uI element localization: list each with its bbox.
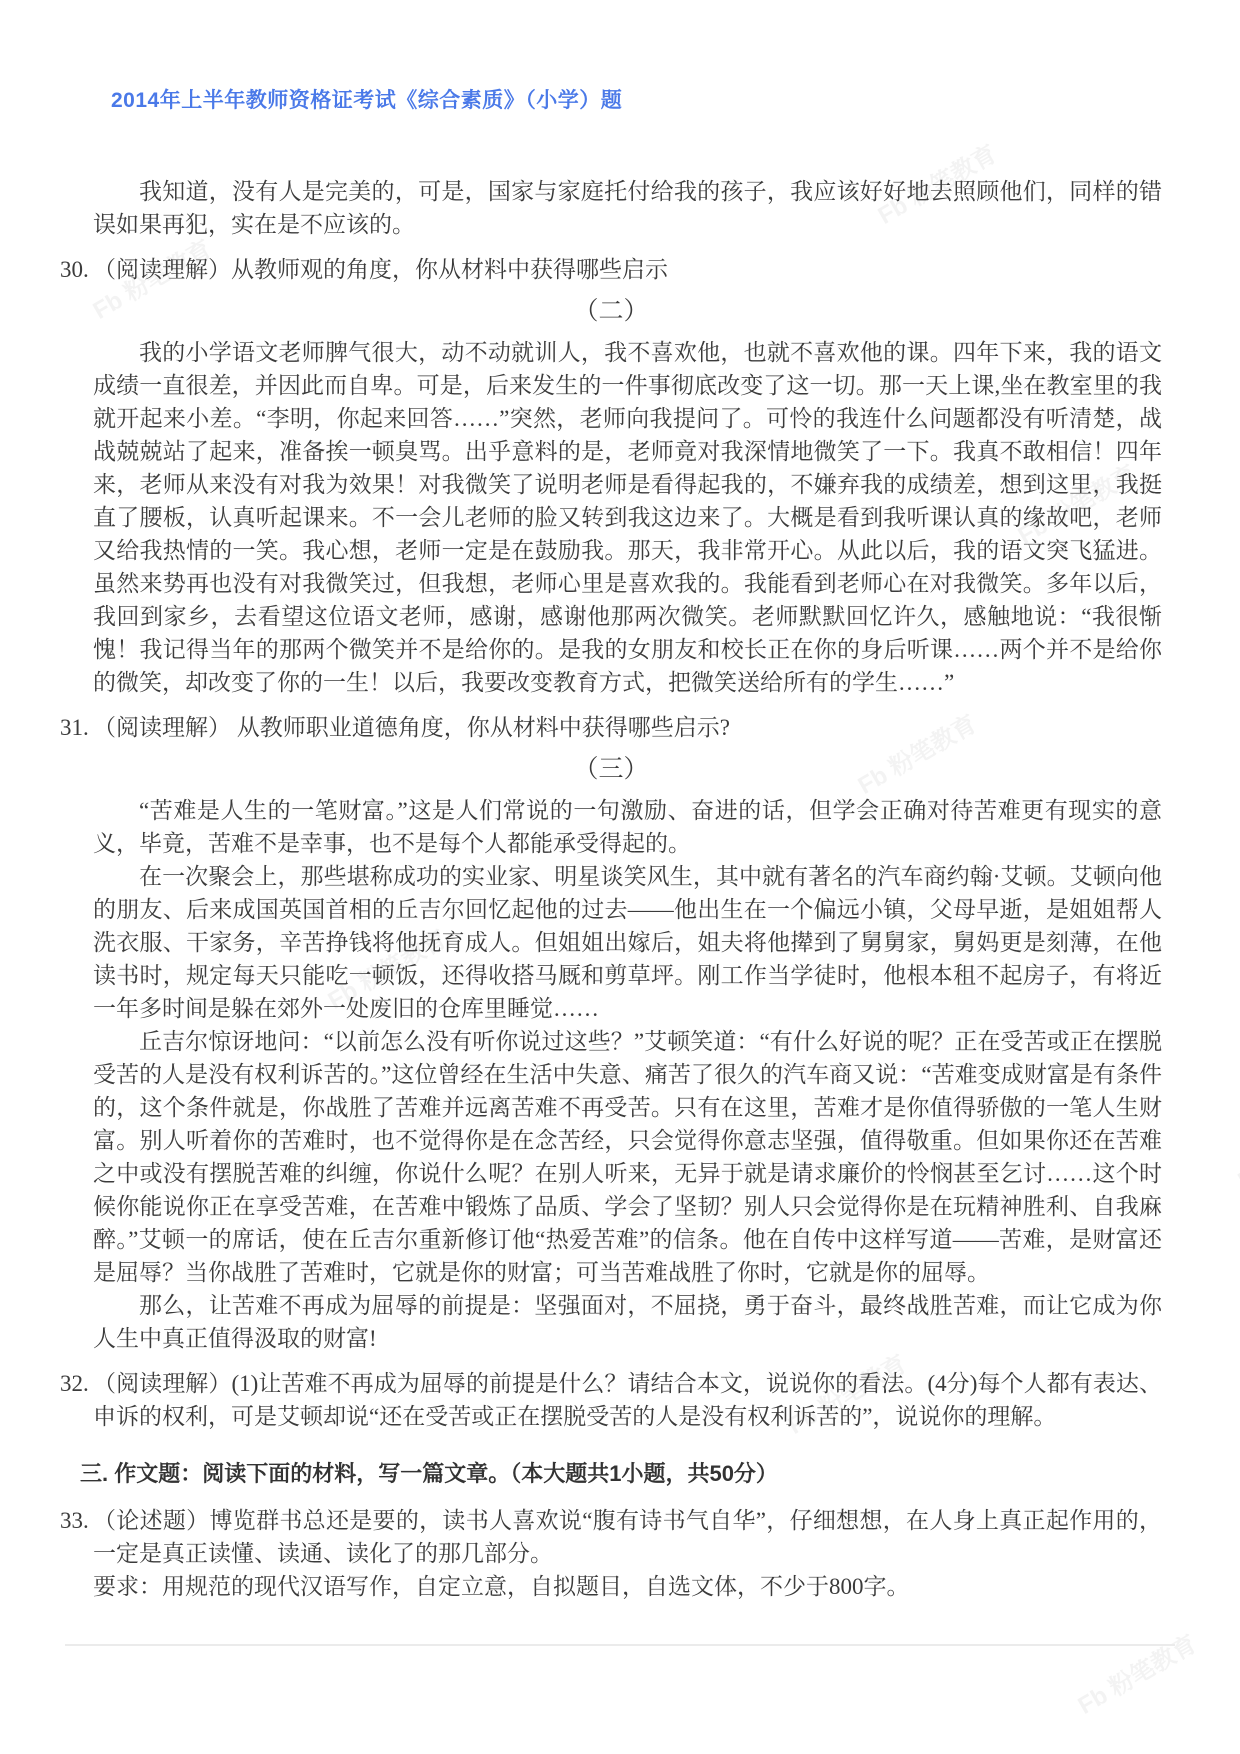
question-33: 33. （论述题）博览群书总还是要的，读书人喜欢说“腹有诗书气自华”，仔细想想，…: [60, 1504, 1162, 1603]
bottom-divider: [65, 1644, 1175, 1646]
question-33-text: （论述题）博览群书总还是要的，读书人喜欢说“腹有诗书气自华”，仔细想想，在人身上…: [93, 1508, 1162, 1566]
material1-closing-paragraph: 我知道，没有人是完美的，可是，国家与家庭托付给我的孩子，我应该好好地去照顾他们，…: [93, 175, 1162, 241]
question-33-number: 33.: [60, 1504, 89, 1537]
question-31-text: （阅读理解） 从教师职业道德角度，你从材料中获得哪些启示?: [93, 715, 730, 740]
question-33-requirement: 要求：用规范的现代汉语写作，自定立意，自拟题目，自选文体，不少于800字。: [93, 1570, 1162, 1603]
watermark: Fb 粉笔教育: [1070, 1624, 1202, 1720]
question-32-number: 32.: [60, 1367, 89, 1400]
material3-paragraph-3: 丘吉尔惊讶地问：“以前怎么没有听你说过这些？”艾顿笑道：“有什么好说的呢？正在受…: [93, 1025, 1162, 1289]
material3-heading: （三）: [60, 750, 1162, 790]
material3-paragraph-1: “苦难是人生的一笔财富。”这是人们常说的一句激励、奋进的话，但学会正确对待苦难更…: [93, 794, 1162, 860]
material3-paragraph-4: 那么，让苦难不再成为屈辱的前提是：坚强面对，不屈挠，勇于奋斗，最终战胜苦难，而让…: [93, 1289, 1162, 1355]
exam-document-page: Fb 粉笔教育 Fb 粉笔教育 Fb 粉笔教育 Fb 粉笔教育 Fb 粉笔教育 …: [0, 0, 1240, 1754]
question-31-number: 31.: [60, 711, 89, 744]
question-30-text: （阅读理解）从教师观的角度，你从材料中获得哪些启示: [93, 257, 668, 282]
essay-section-heading: 三. 作文题：阅读下面的材料，写一篇文章。（本大题共1小题，共50分）: [80, 1457, 1162, 1490]
question-32: 32. （阅读理解）(1)让苦难不再成为屈辱的前提是什么？请结合本文，说说你的看…: [60, 1367, 1162, 1433]
material2-paragraph: 我的小学语文老师脾气很大，动不动就训人，我不喜欢他，也就不喜欢他的课。四年下来，…: [93, 336, 1162, 699]
document-body: 2014年上半年教师资格证考试《综合素质》（小学）题 我知道，没有人是完美的，可…: [0, 0, 1240, 1603]
question-30-number: 30.: [60, 253, 89, 286]
material2-heading: （二）: [60, 292, 1162, 332]
page-title: 2014年上半年教师资格证考试《综合素质》（小学）题: [111, 86, 1162, 115]
question-32-text: （阅读理解）(1)让苦难不再成为屈辱的前提是什么？请结合本文，说说你的看法。(4…: [93, 1371, 1162, 1429]
question-31: 31. （阅读理解） 从教师职业道德角度，你从材料中获得哪些启示?: [60, 711, 1162, 744]
material3-paragraph-2: 在一次聚会上，那些堪称成功的实业家、明星谈笑风生，其中就有著名的汽车商约翰·艾顿…: [93, 860, 1162, 1025]
question-30: 30. （阅读理解）从教师观的角度，你从材料中获得哪些启示: [60, 253, 1162, 286]
